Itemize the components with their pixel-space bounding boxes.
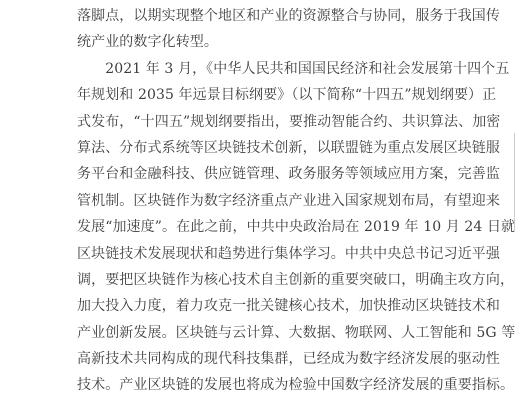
text-line: 管机制。区块链作为数字经济重点产业进入国家规划布局，有望迎来 bbox=[77, 188, 445, 214]
text-block: 落脚点，以期实现整个地区和产业的资源整合与协同，服务于我国传 统产业的数字化转型… bbox=[77, 3, 445, 399]
text-line: 统产业的数字化转型。 bbox=[77, 29, 445, 55]
text-line: 2021 年 3 月，《中华人民共和国国民经济和社会发展第十四个五 bbox=[77, 56, 445, 82]
text-line: 发展“加速度”。在此之前，中共中央政治局在 2019 年 10 月 24 日就 bbox=[77, 214, 445, 240]
document-page: 落脚点，以期实现整个地区和产业的资源整合与协同，服务于我国传 统产业的数字化转型… bbox=[0, 0, 520, 400]
text-line: 算法、分布式系统等区块链技术创新，以联盟链为重点发展区块链服 bbox=[77, 135, 445, 161]
text-line: 式发布，“十四五”规划纲要指出，要推动智能合约、共识算法、加密 bbox=[77, 109, 445, 135]
text-line: 技术。产业区块链的发展也将成为检验中国数字经济发展的重要指标。 bbox=[77, 372, 445, 398]
vertical-line bbox=[514, 133, 515, 232]
text-line: 务平台和金融科技、供应链管理、政务服务等领域应用方案，完善监 bbox=[77, 161, 445, 187]
text-line: 年规划和 2035 年远景目标纲要》（以下简称“十四五”规划纲要）正 bbox=[77, 82, 445, 108]
text-line: 落脚点，以期实现整个地区和产业的资源整合与协同，服务于我国传 bbox=[77, 3, 445, 29]
text-line: 调，要把区块链作为核心技术自主创新的重要突破口，明确主攻方向， bbox=[77, 267, 445, 293]
text-line: 区块链技术发展现状和趋势进行集体学习。中共中央总书记习近平强 bbox=[77, 241, 445, 267]
text-line: 产业创新发展。区块链与云计算、大数据、物联网、人工智能和 5G 等 bbox=[77, 320, 445, 346]
text-line: 高新技术共同构成的现代科技集群，已经成为数字经济发展的驱动性 bbox=[77, 346, 445, 372]
text-line: 加大投入力度，着力攻克一批关键核心技术，加快推动区块链技术和 bbox=[77, 293, 445, 319]
